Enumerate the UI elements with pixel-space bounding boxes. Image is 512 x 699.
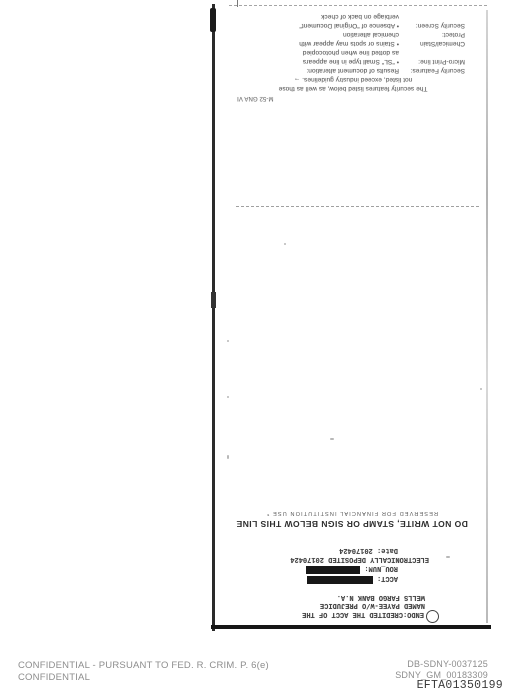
- stamp-payee-line: NAMED PAYEE-W/O PREJUDICE: [237, 601, 425, 610]
- scan-right-edge: [486, 10, 488, 623]
- security-feature-desc: Results of document alteration:: [227, 66, 399, 75]
- redaction-bar: [307, 576, 373, 584]
- scan-speck: [284, 243, 286, 245]
- bank-endorsement-stamp: ENDO:CREDITED THE ACCT OF THE NAMED PAYE…: [237, 541, 439, 623]
- check-stock-code: M-52 GNA VI: [227, 93, 479, 102]
- security-feature-row: Security Features: Results of document a…: [227, 66, 479, 75]
- bates-efta: EFTA01350199: [417, 679, 503, 692]
- scan-speck: [480, 388, 482, 390]
- check-dashed-rule: [236, 206, 479, 207]
- security-legend-header-line1: The security features listed below, as w…: [227, 84, 479, 93]
- scan-speck: [227, 340, 229, 342]
- security-feature-label: Micro-Print line:: [399, 48, 479, 66]
- scan-edge-blob: [211, 292, 216, 308]
- confidential-line1: CONFIDENTIAL - PURSUANT TO FED. R. CRIM.…: [18, 660, 269, 672]
- security-feature-desc-line: verbiage on back of check: [227, 12, 399, 21]
- stamp-acct-label: ACCT:: [377, 574, 398, 582]
- stamp-endo-line: ENDO:CREDITED THE ACCT OF THE: [237, 609, 439, 623]
- confidential-line2: CONFIDENTIAL: [18, 672, 269, 684]
- security-feature-desc-line: • Absence of "Original Document": [227, 21, 399, 30]
- reserved-for-institution-line: RESERVED FOR FINANCIAL INSTITUTION USE *: [219, 509, 485, 517]
- security-feature-label: Chemical/Stain Protect:: [399, 30, 479, 48]
- scan-bottom-edge: [211, 625, 491, 629]
- check-security-legend: M-52 GNA VI The security features listed…: [227, 10, 479, 102]
- security-feature-label: Security Screen:: [399, 12, 479, 30]
- scan-top-edge: [229, 5, 487, 6]
- scan-artifact: [237, 0, 238, 7]
- stamp-deposited-line: ELECTRONICALLY DEPOSITED 20170424: [237, 554, 429, 563]
- scan-speck: [227, 396, 229, 398]
- security-feature-row: Security Screen: • Absence of "Original …: [227, 12, 479, 30]
- security-feature-row: Chemical/Stain Protect: • Stains or spot…: [227, 30, 479, 48]
- scan-speck: [446, 556, 450, 558]
- security-feature-desc: • Absence of "Original Document" verbiag…: [227, 12, 399, 30]
- security-feature-desc-line: as dotted line when photocopied: [227, 48, 399, 57]
- stamp-circle-icon: [426, 610, 439, 623]
- stamp-gap: [237, 584, 439, 592]
- security-feature-desc: • "SL" Small type in line appears as dot…: [227, 48, 399, 66]
- security-feature-desc-line: • Stains or spots may appear with: [227, 39, 399, 48]
- stamp-acct-line: ACCT:: [237, 574, 398, 585]
- stamp-routing-line: ROU_NUM:: [237, 563, 398, 574]
- bates-db-sdny: DB-SDNY-0037125: [395, 659, 488, 670]
- security-feature-desc-line: • "SL" Small type in line appears: [227, 57, 399, 66]
- stamp-endo-text: ENDO:CREDITED THE ACCT OF THE: [302, 610, 424, 618]
- stamp-date-line: Date: 20170424: [237, 546, 398, 555]
- do-not-write-line: DO NOT WRITE, STAMP OR SIGN BELOW THIS L…: [219, 517, 485, 530]
- security-feature-row: Micro-Print line: • "SL" Small type in l…: [227, 48, 479, 66]
- security-legend-header-line2: not listed, exceed industry guidelines. …: [227, 75, 479, 84]
- bates-numbers: DB-SDNY-0037125 SDNY_GM_00183309: [395, 659, 488, 681]
- scan-left-edge: [212, 4, 215, 631]
- stamp-routing-label: ROU_NUM:: [364, 564, 398, 572]
- security-feature-desc-line: chemical alteration: [227, 30, 399, 39]
- stamp-bank-line: WELLS FARGO BANK N.A.: [237, 592, 425, 601]
- security-feature-label: Security Features:: [399, 66, 479, 75]
- endorsement-boundary: DO NOT WRITE, STAMP OR SIGN BELOW THIS L…: [219, 504, 485, 530]
- scan-edge-blob: [210, 8, 216, 32]
- confidential-footer: CONFIDENTIAL - PURSUANT TO FED. R. CRIM.…: [18, 660, 269, 684]
- security-feature-desc: • Stains or spots may appear with chemic…: [227, 30, 399, 48]
- scan-speck: [227, 455, 229, 459]
- redaction-bar: [306, 566, 360, 574]
- scan-speck: [330, 438, 334, 440]
